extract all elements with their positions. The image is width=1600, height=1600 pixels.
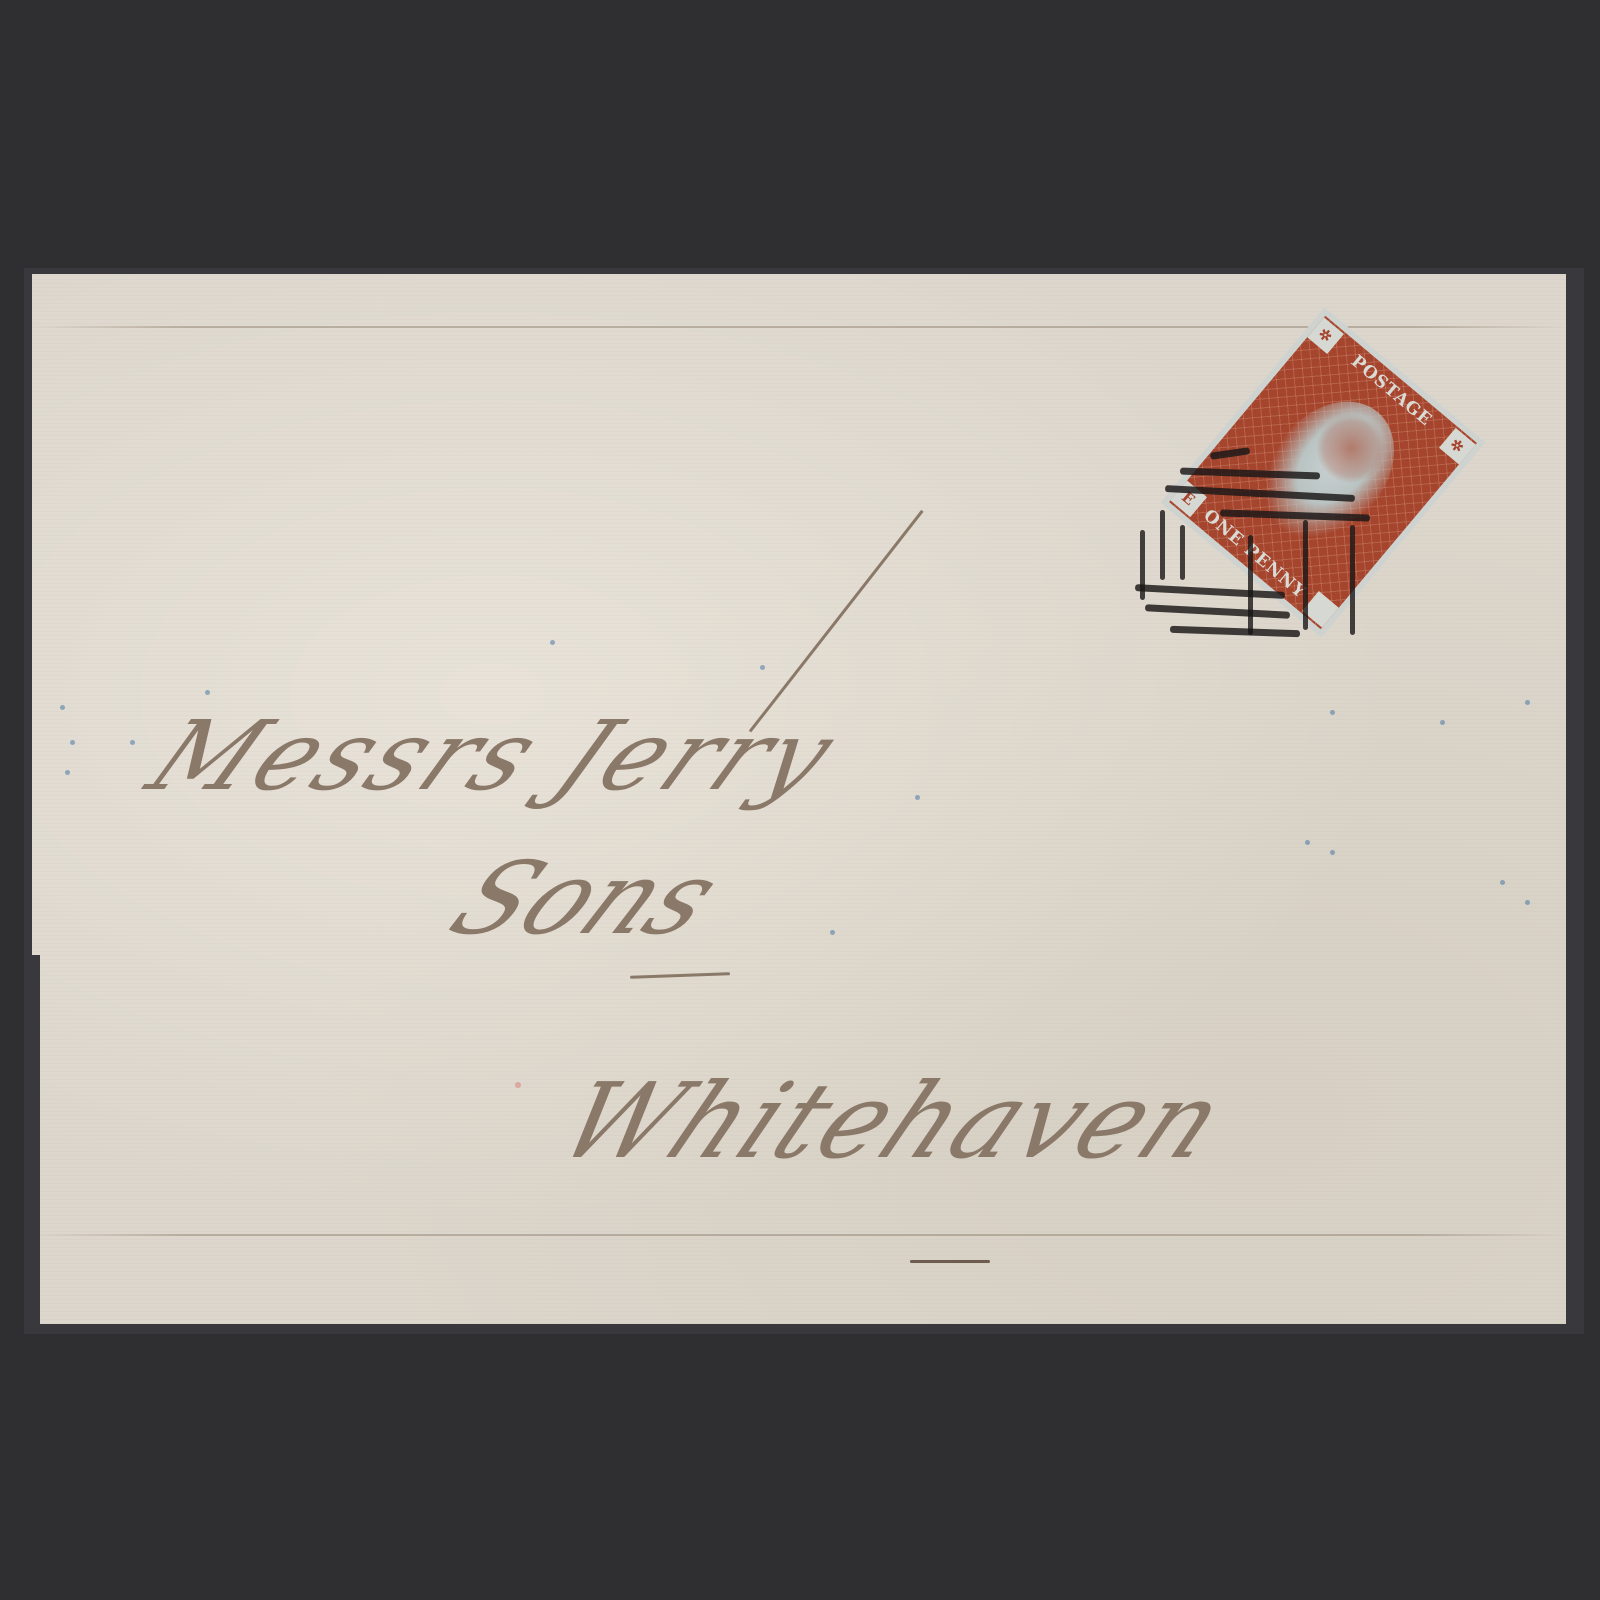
fold-step bbox=[32, 955, 40, 1324]
bottom-fold-line bbox=[32, 1234, 1566, 1236]
barred-numeral-cancellation bbox=[1120, 430, 1380, 660]
address-line-3: Whitehaven bbox=[540, 1060, 1246, 1182]
address-line-1: Messrs Jerry bbox=[130, 700, 858, 812]
closing-dash bbox=[910, 1260, 990, 1263]
